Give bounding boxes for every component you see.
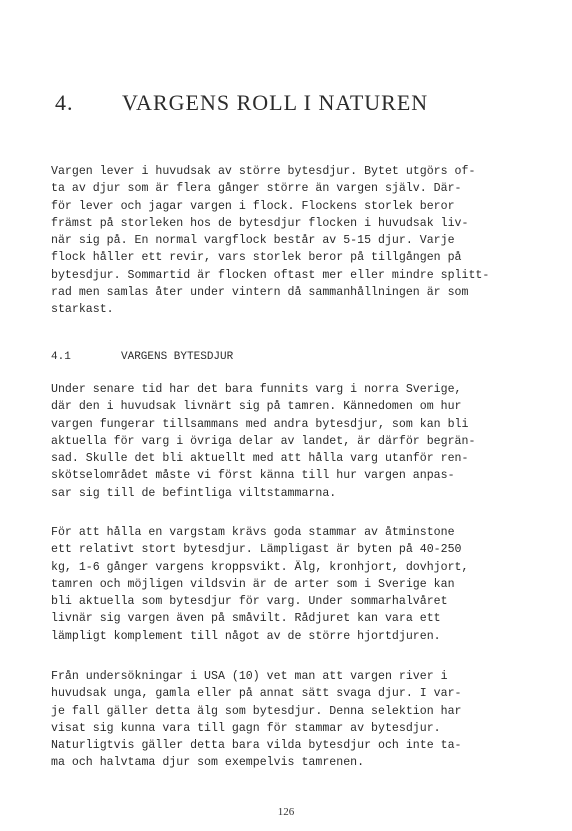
text-line: när sig på. En normal vargflock består a… bbox=[51, 232, 489, 249]
text-line: skötselområdet måste vi först känna till… bbox=[51, 467, 475, 484]
text-line: je fall gäller detta älg som bytesdjur. … bbox=[51, 703, 462, 720]
paragraph-3: Från undersökningar i USA (10) vet man a… bbox=[51, 668, 462, 772]
text-line: starkast. bbox=[51, 301, 489, 318]
text-line: ett relativt stort bytesdjur. Lämpligast… bbox=[51, 541, 468, 558]
text-line: Under senare tid har det bara funnits va… bbox=[51, 381, 475, 398]
text-line: Från undersökningar i USA (10) vet man a… bbox=[51, 668, 462, 685]
chapter-heading: 4.VARGENS ROLL I NATUREN bbox=[55, 90, 428, 116]
section-number: 4.1 bbox=[51, 351, 121, 363]
text-line: aktuella för varg i övriga delar av land… bbox=[51, 433, 475, 450]
text-line: lämpligt komplement till något av de stö… bbox=[51, 628, 468, 645]
text-line: rad men samlas åter under vintern då sam… bbox=[51, 284, 489, 301]
text-line: bytesdjur. Sommartid är flocken oftast m… bbox=[51, 267, 489, 284]
text-line: Naturligtvis gäller detta bara vilda byt… bbox=[51, 737, 462, 754]
text-line: kg, 1-6 gånger vargens kroppsvikt. Älg, … bbox=[51, 559, 468, 576]
text-line: sar sig till de befintliga viltstammarna… bbox=[51, 485, 475, 502]
text-line: vargen fungerar tillsammans med andra by… bbox=[51, 416, 475, 433]
page-number: 126 bbox=[0, 806, 572, 818]
text-line: för lever och jagar vargen i flock. Floc… bbox=[51, 198, 489, 215]
chapter-number: 4. bbox=[55, 90, 122, 116]
text-line: huvudsak unga, gamla eller på annat sätt… bbox=[51, 685, 462, 702]
text-line: där den i huvudsak livnärt sig på tamren… bbox=[51, 398, 475, 415]
section-title: VARGENS BYTESDJUR bbox=[121, 351, 233, 363]
text-line: Vargen lever i huvudsak av större bytesd… bbox=[51, 163, 489, 180]
paragraph-2: För att hålla en vargstam krävs goda sta… bbox=[51, 524, 468, 645]
text-line: visat sig kunna vara till gagn för stamm… bbox=[51, 720, 462, 737]
section-heading: 4.1VARGENS BYTESDJUR bbox=[51, 351, 233, 363]
intro-paragraph: Vargen lever i huvudsak av större bytesd… bbox=[51, 163, 489, 319]
text-line: ma och halvtama djur som exempelvis tamr… bbox=[51, 754, 462, 771]
text-line: ta av djur som är flera gånger större än… bbox=[51, 180, 489, 197]
text-line: tamren och möjligen vildsvin är de arter… bbox=[51, 576, 468, 593]
paragraph-1: Under senare tid har det bara funnits va… bbox=[51, 381, 475, 502]
text-line: bli aktuella som bytesdjur för varg. Und… bbox=[51, 593, 468, 610]
text-line: livnär sig vargen även på småvilt. Rådju… bbox=[51, 610, 468, 627]
text-line: främst på storleken hos de bytesdjur flo… bbox=[51, 215, 489, 232]
chapter-title: VARGENS ROLL I NATUREN bbox=[122, 90, 428, 115]
text-line: För att hålla en vargstam krävs goda sta… bbox=[51, 524, 468, 541]
text-line: sad. Skulle det bli aktuellt med att hål… bbox=[51, 450, 475, 467]
text-line: flock håller ett revir, vars storlek ber… bbox=[51, 249, 489, 266]
